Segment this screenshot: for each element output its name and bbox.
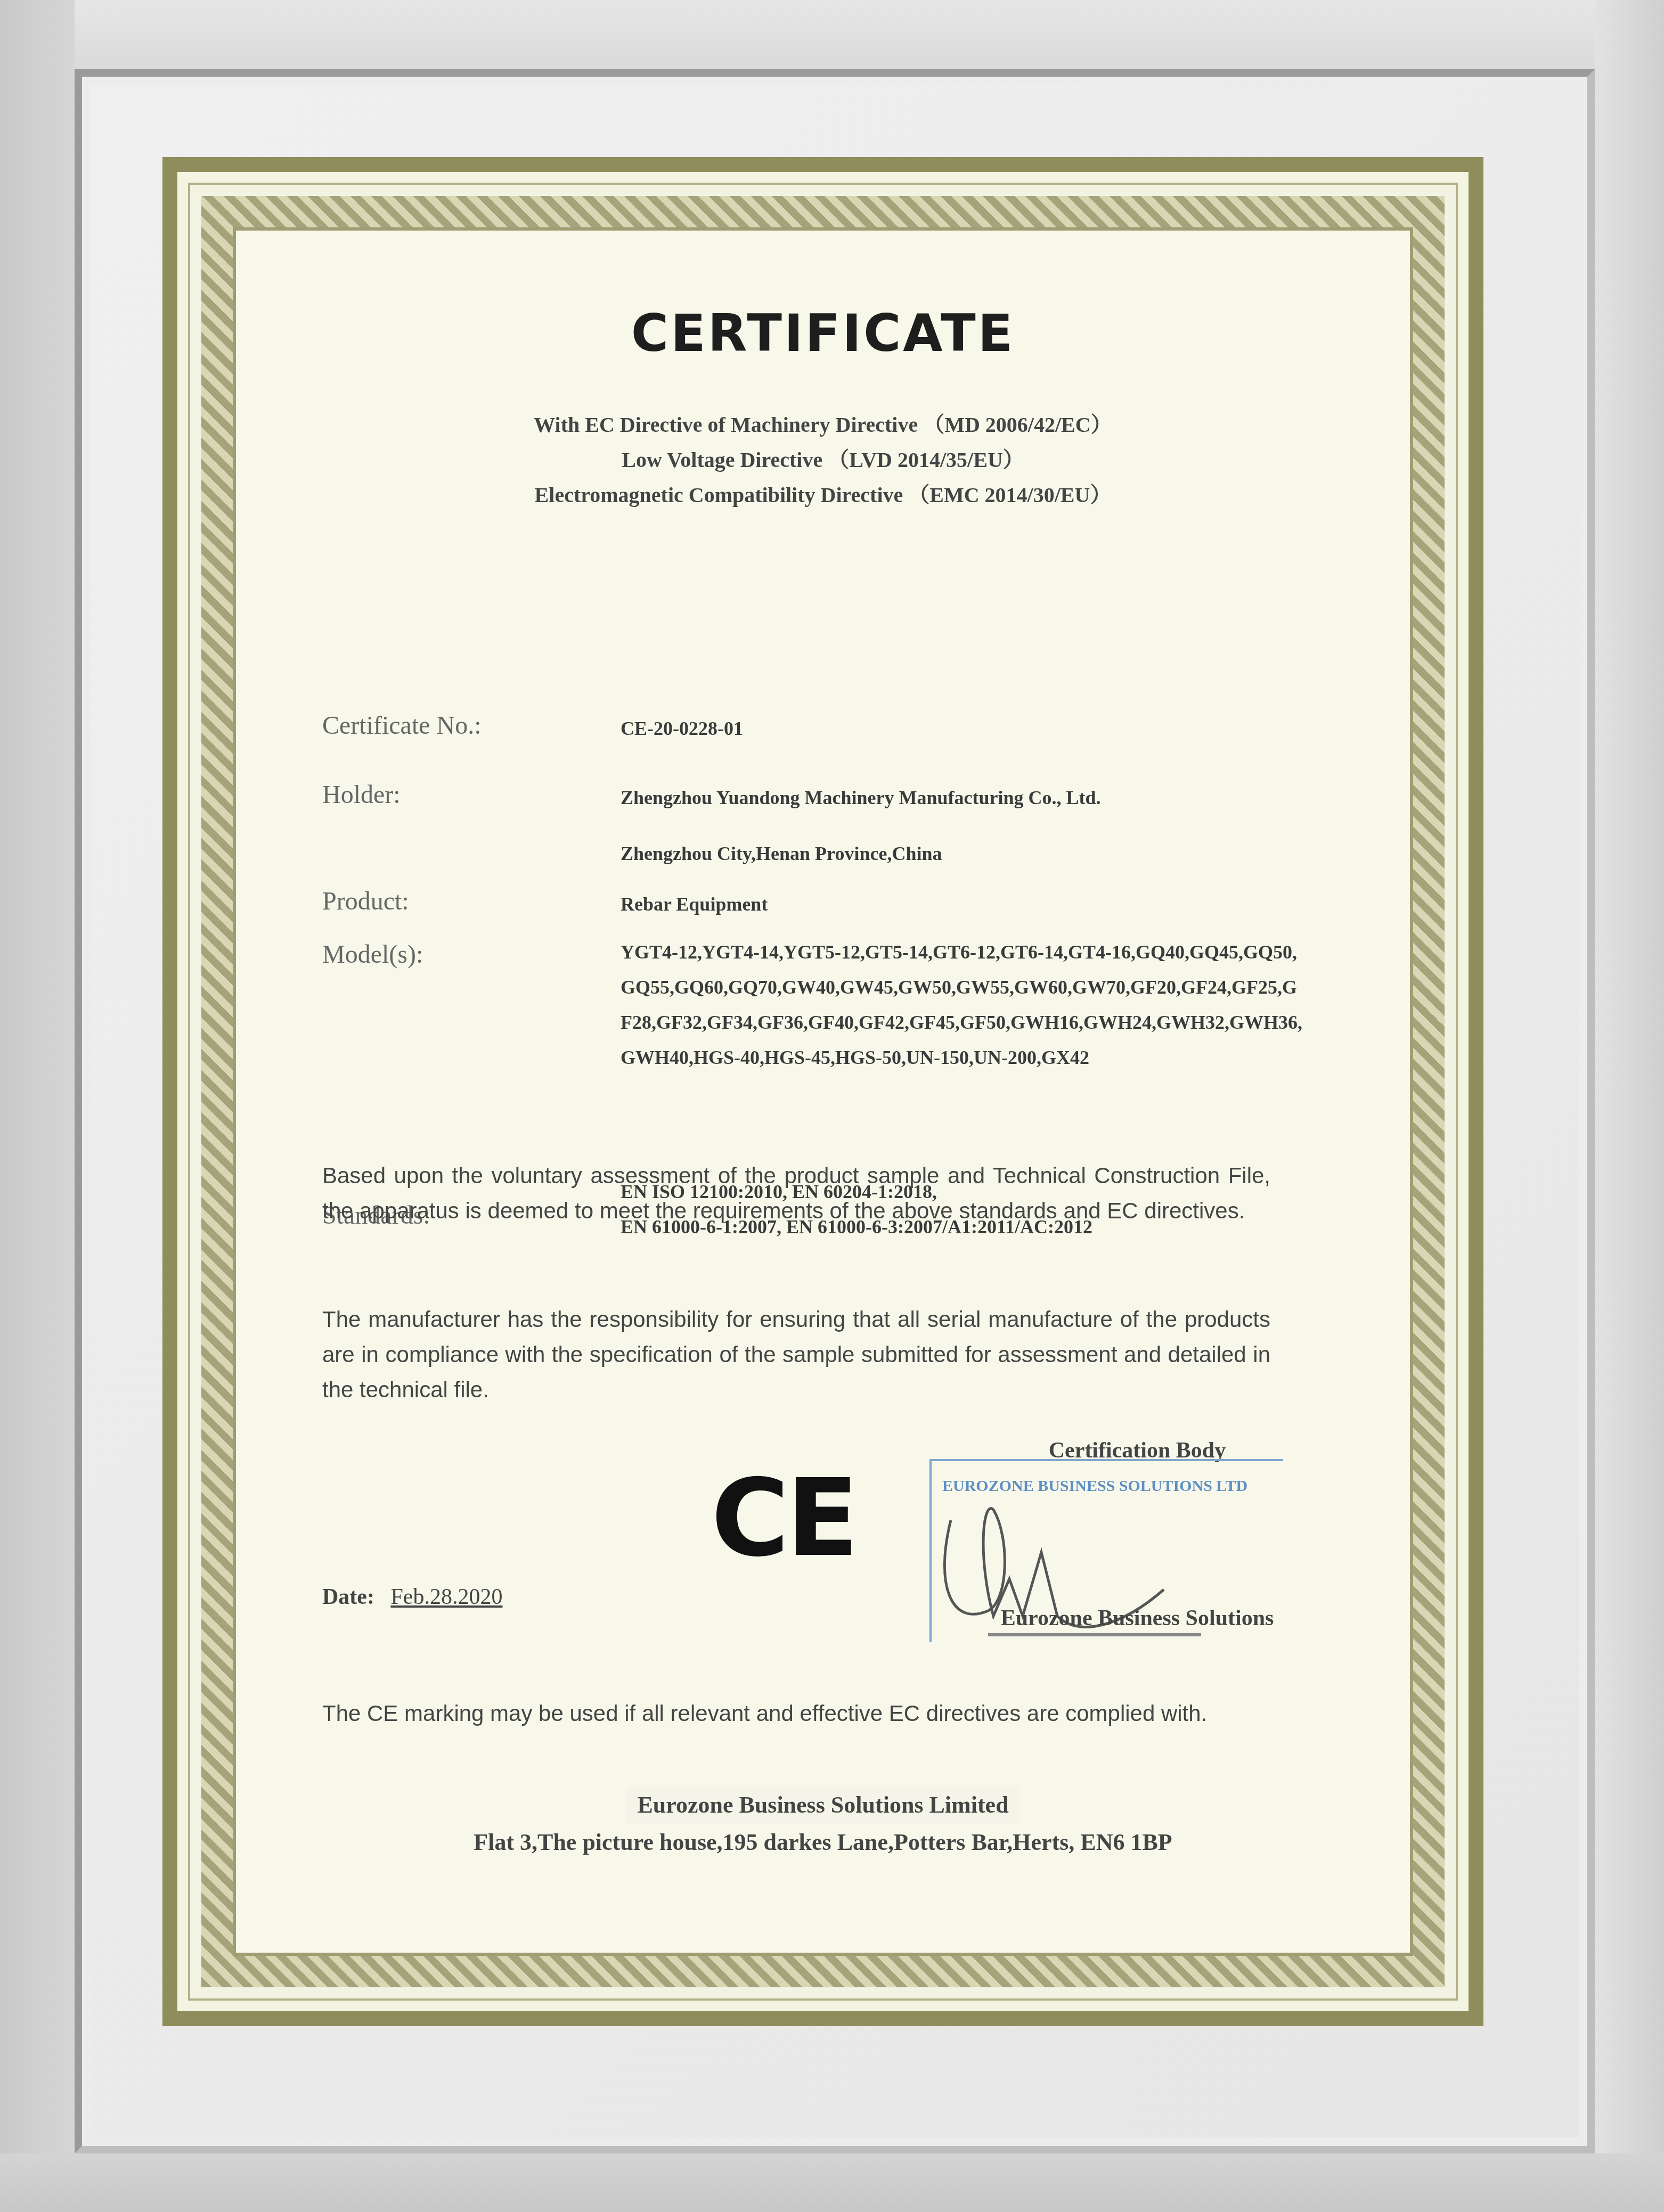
date-field: Date: Feb.28.2020 [322,1584,502,1610]
directive-emc: Electromagnetic Compatibility Directive … [322,478,1324,513]
frame-top-rail [0,0,1664,69]
certification-body-name: Eurozone Business Solutions [961,1605,1313,1631]
field-value: Zhengzhou City,Henan Province,China [621,836,1308,871]
frame-right-rail [1595,0,1664,2212]
issuer-company: Eurozone Business Solutions Limited [626,1787,1019,1824]
signature-icon [929,1478,1281,1669]
field-value: Rebar Equipment [621,887,1308,922]
field-value: Zhengzhou Yuandong Machinery Manufacturi… [621,780,1308,815]
issuer-address: Flat 3,The picture house,195 darkes Lane… [322,1824,1324,1861]
assessment-paragraph: Based upon the voluntary assessment of t… [322,1158,1270,1228]
directive-low-voltage: Low Voltage Directive （LVD 2014/35/EU） [322,443,1324,478]
directives-block: With EC Directive of Machinery Directive… [322,407,1324,513]
ce-mark-icon: CE [711,1456,855,1580]
date-value: Feb.28.2020 [390,1585,502,1609]
responsibility-paragraph: The manufacturer has the responsibility … [322,1302,1270,1407]
frame-left-rail [0,0,75,2212]
ce-marking-note: The CE marking may be used if all releva… [322,1696,1270,1731]
frame-bottom-rail [0,2153,1664,2212]
field-label: Model(s): [322,940,423,969]
field-label: Holder: [322,780,401,809]
issuer-footer: Eurozone Business Solutions Limited Flat… [322,1787,1324,1861]
field-label: Certificate No.: [322,711,482,740]
field-label: Product: [322,887,409,916]
date-label: Date: [322,1585,374,1609]
field-value: YGT4-12,YGT4-14,YGT5-12,GT5-14,GT6-12,GT… [621,935,1308,1075]
directive-machinery: With EC Directive of Machinery Directive… [322,407,1324,443]
field-value: CE-20-0228-01 [621,711,1308,746]
certificate-title: CERTIFICATE [322,304,1324,363]
